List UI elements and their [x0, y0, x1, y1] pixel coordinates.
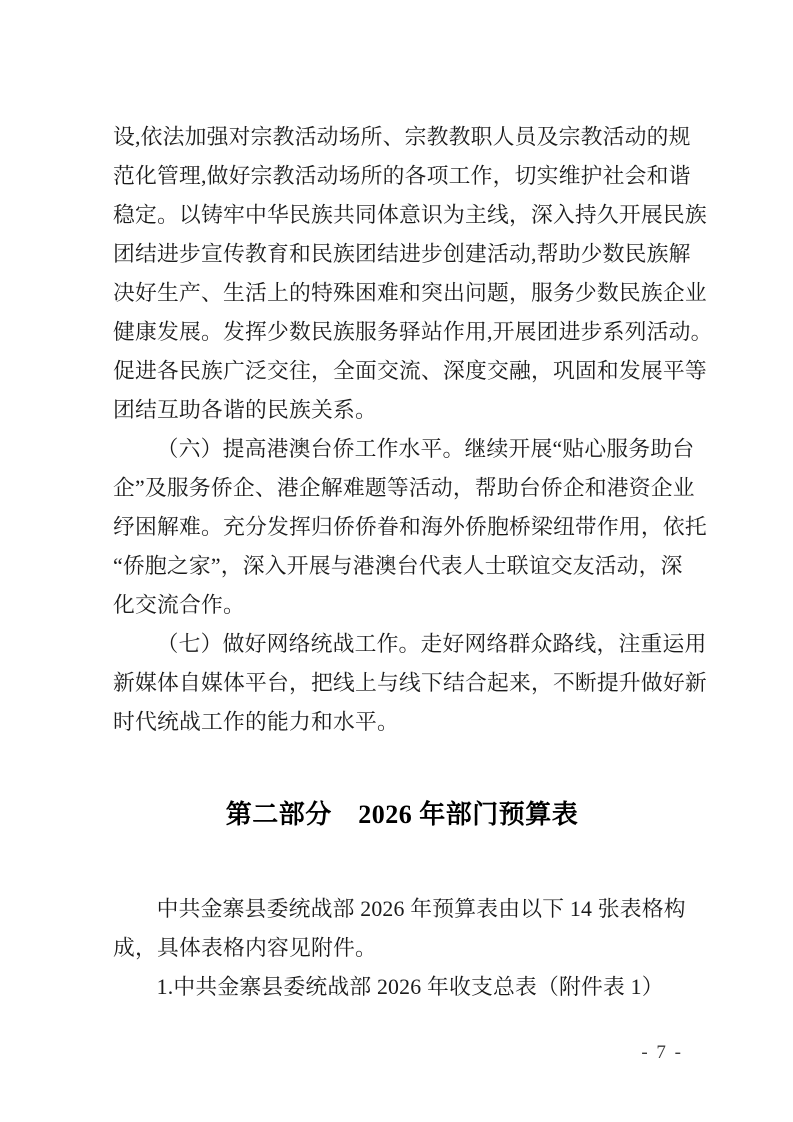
text-line: 纾困解难。充分发挥归侨侨眷和海外侨胞桥梁纽带作用，依托 — [113, 508, 691, 547]
text-line: 范化管理,做好宗教活动场所的各项工作，切实维护社会和谐 — [113, 157, 691, 196]
text-line: “侨胞之家”，深入开展与港澳台代表人士联谊交友活动，深 — [113, 547, 691, 586]
text-line: 促进各民族广泛交往，全面交流、深度交融，巩固和发展平等 — [113, 352, 691, 391]
text-line: 决好生产、生活上的特殊困难和突出问题，服务少数民族企业 — [113, 274, 691, 313]
text-line: （六）提高港澳台侨工作水平。继续开展“贴心服务助台 — [113, 430, 691, 469]
text-line: 成，具体表格内容见附件。 — [113, 929, 691, 968]
text-line: 设,依法加强对宗教活动场所、宗教教职人员及宗教活动的规 — [113, 118, 691, 157]
text-line: 健康发展。发挥少数民族服务驿站作用,开展团进步系列活动。 — [113, 313, 691, 352]
intro-paragraph: 中共金寨县委统战部 2026 年预算表由以下 14 张表格构成，具体表格内容见附… — [113, 890, 691, 968]
text-line: （七）做好网络统战工作。走好网络群众路线，注重运用 — [113, 625, 691, 664]
attachment-list: 1.中共金寨县委统战部 2026 年收支总表（附件表 1） — [113, 968, 691, 1007]
page-number: - 7 - — [641, 1042, 683, 1064]
text-line: 化交流合作。 — [113, 586, 691, 625]
document-content: 设,依法加强对宗教活动场所、宗教教职人员及宗教活动的规范化管理,做好宗教活动场所… — [113, 0, 691, 1007]
document-page: 设,依法加强对宗教活动场所、宗教教职人员及宗教活动的规范化管理,做好宗教活动场所… — [0, 0, 793, 1122]
text-line: 企”及服务侨企、港企解难题等活动，帮助台侨企和港资企业 — [113, 469, 691, 508]
body-paragraphs: 设,依法加强对宗教活动场所、宗教教职人员及宗教活动的规范化管理,做好宗教活动场所… — [113, 0, 691, 742]
section-heading: 第二部分 2026 年部门预算表 — [113, 792, 691, 838]
text-line: 时代统战工作的能力和水平。 — [113, 703, 691, 742]
text-line: 中共金寨县委统战部 2026 年预算表由以下 14 张表格构 — [113, 890, 691, 929]
text-line: 团结进步宣传教育和民族团结进步创建活动,帮助少数民族解 — [113, 235, 691, 274]
text-line: 1.中共金寨县委统战部 2026 年收支总表（附件表 1） — [113, 968, 691, 1007]
text-line: 稳定。以铸牢中华民族共同体意识为主线，深入持久开展民族 — [113, 196, 691, 235]
text-line: 团结互助各谐的民族关系。 — [113, 391, 691, 430]
text-line: 新媒体自媒体平台，把线上与线下结合起来，不断提升做好新 — [113, 664, 691, 703]
